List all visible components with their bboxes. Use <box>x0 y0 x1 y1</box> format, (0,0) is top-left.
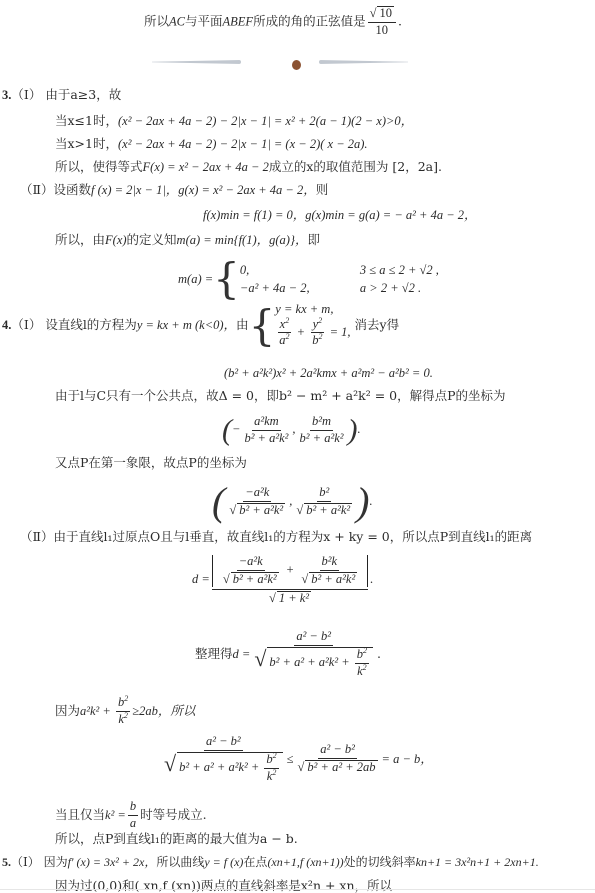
text: 设直线l的方程为 <box>45 319 137 332</box>
part-label: （Ⅱ） <box>20 182 54 197</box>
math: d = <box>233 648 251 661</box>
math: y = kx + m (k<0)， <box>137 319 236 332</box>
text: 所以 <box>144 13 169 28</box>
question-number: 4. <box>2 319 11 332</box>
q4-inequality: a² − b²√b² + a² + a²k² + b2k2≤a² − b²√b²… <box>160 735 433 783</box>
math: f (x) = 2|x − 1|，g(x) = x² − 2ax + 4a − … <box>91 183 316 197</box>
math: f′ (x) = 3x² + 2x， <box>68 855 157 869</box>
text: 因为 <box>44 855 68 869</box>
q4-part2-line: （Ⅱ）由于直线l₁过原点O且与l垂直，故直线l₁的方程为x + ky = 0，所… <box>20 531 532 544</box>
math: m(a) = min{f(1)，g(a)}， <box>177 233 308 247</box>
intro-conclusion: 所以AC与平面ABEF所成的角的正弦值是√1010. <box>144 6 402 38</box>
text: 成立的x的取值范围为 [2，2a]. <box>269 159 442 174</box>
part-label: （Ⅰ） <box>11 87 41 102</box>
text: 所以曲线 <box>156 855 204 869</box>
text: 由于a≥3，故 <box>45 87 121 102</box>
page-bottom-rule <box>0 889 595 890</box>
math: (x² − 2ax + 4a − 2) − 2|x − 1| = (x − 2)… <box>118 137 368 151</box>
text: 的定义知 <box>127 232 177 247</box>
text: 时等号成立. <box>140 809 206 822</box>
q5-part1-header: 5.（Ⅰ） 因为f′ (x) = 3x² + 2x，所以曲线y = f (x)在… <box>2 856 539 868</box>
divider-dot <box>292 60 301 70</box>
q3-line3: 当x>1时，(x² − 2ax + 4a − 2) − 2|x − 1| = (… <box>55 138 368 151</box>
text: 因为 <box>55 703 80 718</box>
q4-part1-header: 4.（Ⅰ） 设直线l的方程为y = kx + m (k<0)，由 { y = k… <box>2 303 399 348</box>
q3-min-values: f(x)min = f(1) = 0，g(x)min = g(a) = − a²… <box>203 209 477 222</box>
q3-part1-header: 3.（Ⅰ） 由于a≥3，故 <box>2 89 121 102</box>
q4-line8: 所以，点P到直线l₁的距离的最大值为a − b. <box>55 833 298 846</box>
text: 由于直线l₁过原点O且与l垂直，故直线l₁的方程为x + ky = 0，所以点P… <box>54 529 533 544</box>
text: 当x≤1时， <box>55 113 118 128</box>
math-abef: ABEF <box>223 14 254 28</box>
case1-value: 0, <box>240 264 360 277</box>
math: y = f (x) <box>204 855 243 869</box>
math: a²k² + <box>80 704 114 718</box>
q4-p-coord-first-quadrant: (−a²k√b² + a²k²,b²√b² + a²k²). <box>212 482 373 522</box>
text: 当x>1时， <box>55 136 118 151</box>
q4-simplified: 整理得d = a² − b²√b² + a² + a²k² + b2k2. <box>195 630 381 678</box>
system-eq2: x2a2 + y2b2 = 1, <box>275 318 350 349</box>
text: 整理得 <box>195 648 233 661</box>
q4-distance-formula: d = −a²k√b² + a²k² + b²k√b² + a²k² √1 + … <box>192 553 373 605</box>
q4-p-coord: (−a²kmb² + a²k²,b²mb² + a²k²). <box>222 415 361 446</box>
text: 所成的角的正弦值是 <box>253 13 366 28</box>
text: 消去y得 <box>355 319 400 332</box>
divider-left-bar <box>152 60 241 64</box>
case1-condition: 3 ≤ a ≤ 2 + √2 , <box>360 264 439 277</box>
text: 在点 <box>243 855 267 869</box>
q4-line3: 又点P在第一象限，故点P的坐标为 <box>55 457 247 470</box>
text: ≥2ab，所以 <box>132 704 195 718</box>
question-number: 3. <box>2 88 11 102</box>
math: (xn+1,f (xn+1)) <box>267 855 343 869</box>
math: F(x) <box>105 233 127 247</box>
text: 设函数 <box>54 182 92 197</box>
q4-line7: 当且仅当k² =ba时等号成立. <box>55 800 207 831</box>
system-eq1: y = kx + m, <box>275 303 350 316</box>
question-number: 5. <box>2 855 11 869</box>
q3-line2: 当x≤1时，(x² − 2ax + 4a − 2) − 2|x − 1| = x… <box>55 115 413 128</box>
text: 则 <box>316 182 329 197</box>
case2-value: −a² + 4a − 2, <box>240 282 360 295</box>
q3-line4: 所以，使得等式F(x) = x² − 2ax + 4a − 2成立的x的取值范围… <box>55 161 442 174</box>
q4-quadratic: (b² + a²k²)x² + 2a²kmx + a²m² − a²b² = 0… <box>224 367 433 380</box>
math: k² = <box>105 809 126 822</box>
divider-right-bar <box>319 60 408 64</box>
q4-line2: 由于l与C只有一个公共点，故Δ = 0，即b² − m² + a²k² = 0，… <box>55 390 506 403</box>
text: 即 <box>307 232 320 247</box>
text: 处的切线斜率 <box>344 855 416 869</box>
part-label: （Ⅰ） <box>11 319 41 332</box>
case2-condition: a > 2 + √2 . <box>360 282 421 295</box>
q3-line7: 所以，由F(x)的定义知m(a) = min{f(1)，g(a)}，即 <box>55 234 320 247</box>
text: 与平面 <box>185 13 223 28</box>
q4-line6: 因为a²k² + b2k2≥2ab，所以 <box>55 696 195 727</box>
text: 当且仅当 <box>55 809 105 822</box>
sqrt10-over-10: √1010 <box>368 6 396 38</box>
d-lhs: d = <box>192 573 210 586</box>
text: 由 <box>236 319 249 332</box>
q3-part2-header: （Ⅱ）设函数f (x) = 2|x − 1|，g(x) = x² − 2ax +… <box>20 184 328 197</box>
q5-line2: 因为过(0,0)和( xn,f (xn))两点的直线斜率是x²n + xn，所以 <box>55 880 392 893</box>
part-label: （Ⅱ） <box>20 529 54 544</box>
system-brace: { <box>249 305 276 347</box>
math: kn+1 = 3x²n+1 + 2xn+1. <box>416 855 539 869</box>
piecewise-lhs: m(a) = <box>178 273 213 286</box>
text: 所以，由 <box>55 232 105 247</box>
text: . <box>398 13 402 28</box>
part-label: （Ⅰ） <box>11 855 40 869</box>
math: (x² − 2ax + 4a − 2) − 2|x − 1| = x² + 2(… <box>118 114 413 128</box>
math: F(x) = x² − 2ax + 4a − 2 <box>143 160 269 174</box>
math-ac: AC <box>169 14 185 28</box>
text: 所以，使得等式 <box>55 159 143 174</box>
q3-piecewise: m(a) = { 0,3 ≤ a ≤ 2 + √2 , −a² + 4a − 2… <box>178 258 439 300</box>
left-brace: { <box>213 258 240 300</box>
